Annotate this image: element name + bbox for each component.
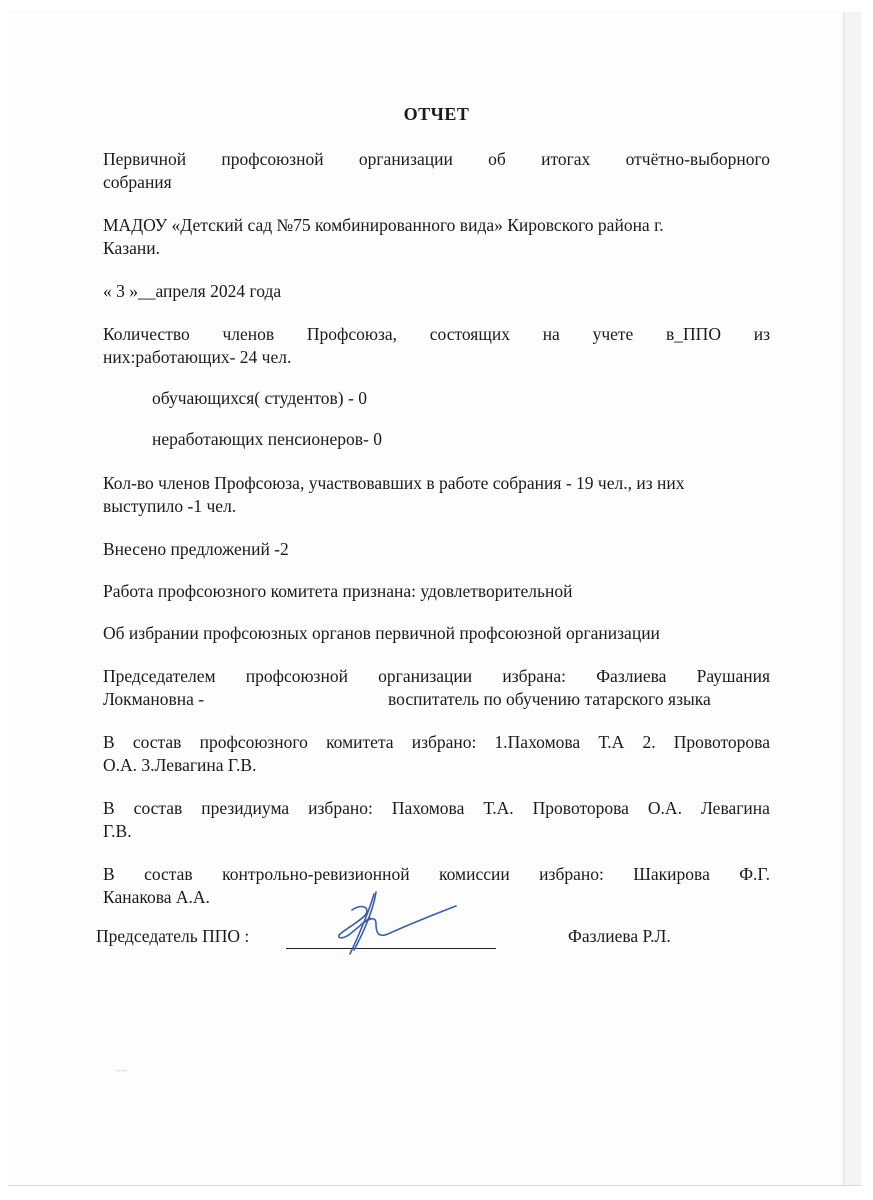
attendance-line-2: выступило -1 чел. bbox=[103, 495, 770, 518]
membership-pensioners: неработающих пенсионеров- 0 bbox=[152, 428, 819, 451]
organization-line-2: Казани. bbox=[103, 237, 770, 260]
committee-line-1: В состав профсоюзного комитета избрано: … bbox=[103, 731, 770, 754]
page-edge-shadow bbox=[843, 12, 861, 1185]
membership-working: них:работающих- 24 чел. bbox=[103, 346, 770, 369]
membership-students: обучающихся( студентов) - 0 bbox=[152, 387, 819, 410]
chairman-line-2: Локмановна - воспитатель по обучению тат… bbox=[103, 688, 770, 711]
signature-label: Председатель ППО : bbox=[96, 926, 249, 947]
presidium-line-1: В состав президиума избрано: Пахомова Т.… bbox=[103, 797, 770, 820]
chairman-line-1: Председателем профсоюзной организации из… bbox=[103, 665, 770, 688]
organization-line-1: МАДОУ «Детский сад №75 комбинированного … bbox=[103, 214, 770, 237]
document-title: ОТЧЕТ bbox=[0, 104, 873, 125]
audit-commission-line-1: В состав контрольно-ревизионной комиссии… bbox=[103, 863, 770, 886]
committee-evaluation: Работа профсоюзного комитета признана: у… bbox=[103, 580, 770, 603]
handwritten-signature-icon bbox=[330, 888, 470, 958]
chairman-patronymic: Локмановна - bbox=[103, 689, 204, 709]
membership-line-1: Количество членов Профсоюза, состоящих н… bbox=[103, 323, 770, 346]
header-line-1: Первичной профсоюзной организации об ито… bbox=[103, 148, 770, 171]
chairman-position: воспитатель по обучению татарского языка bbox=[388, 688, 711, 711]
signatory-name: Фазлиева Р.Л. bbox=[568, 926, 671, 947]
proposals-count: Внесено предложений -2 bbox=[103, 538, 770, 561]
scan-artifact: ·-·- bbox=[115, 1065, 127, 1075]
header-line-2: собрания bbox=[103, 171, 770, 194]
presidium-line-2: Г.В. bbox=[103, 820, 770, 843]
report-date: « 3 »__апреля 2024 года bbox=[103, 280, 770, 303]
attendance-line-1: Кол-во членов Профсоюза, участвовавших в… bbox=[103, 472, 770, 495]
election-heading: Об избрании профсоюзных органов первично… bbox=[103, 622, 770, 645]
committee-line-2: О.А. 3.Левагина Г.В. bbox=[103, 754, 770, 777]
